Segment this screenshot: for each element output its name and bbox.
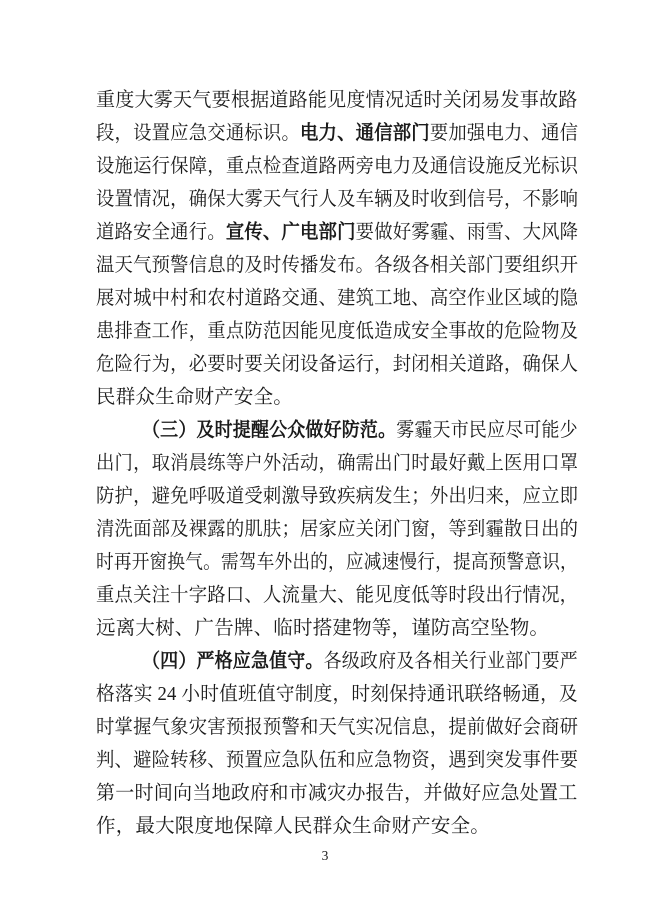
text-line-content: 展对城中村和农村道路交通、建筑工地、高空作业区域的隐 <box>96 282 578 315</box>
text-line-content: 格落实 24 小时值班值守制度，时刻保持通讯联络畅通，及 <box>96 678 578 711</box>
text-line-content: 设置情况，确保大雾天气行人及车辆及时收到信号，不影响 <box>96 183 578 216</box>
text-line-content: 民群众生命财产安全。 <box>96 381 293 414</box>
text-segment: 要做好雾霾、雨雪、大风降 <box>356 222 579 243</box>
text-line: （四）严格应急值守。各级政府及各相关行业部门要严 <box>96 645 578 678</box>
text-line-content: 患排查工作，重点防范因能见度低造成安全事故的危险物及 <box>96 315 578 348</box>
text-segment: 患排查工作，重点防范因能见度低造成安全事故的危险物及 <box>96 321 578 342</box>
text-line-content: （三）及时提醒公众做好防范。雾霾天市民应尽可能少 <box>142 414 578 447</box>
text-line-content: 清洗面部及裸露的肌肤；居家应关闭门窗，等到霾散日出的 <box>96 513 578 546</box>
text-segment: 展对城中村和农村道路交通、建筑工地、高空作业区域的隐 <box>96 288 578 309</box>
document-page: 重度大雾天气要根据道路能见度情况适时关闭易发事故路段，设置应急交通标识。电力、通… <box>0 0 650 919</box>
text-segment: 道路安全通行。 <box>96 222 226 243</box>
text-segment: 危险行为，必要时要关闭设备运行，封闭相关道路，确保人 <box>96 354 578 375</box>
text-segment: 清洗面部及裸露的肌肤；居家应关闭门窗，等到霾散日出的 <box>96 519 578 540</box>
text-segment: 设置情况，确保大雾天气行人及车辆及时收到信号，不影响 <box>96 189 578 210</box>
text-line-content: 远离大树、广告牌、临时搭建物等，谨防高空坠物。 <box>96 612 549 645</box>
text-line-content: 时掌握气象灾害预报预警和天气实况信息，提前做好会商研 <box>96 711 578 744</box>
text-line-content: 第一时间向当地政府和市减灾办报告，并做好应急处置工 <box>96 777 578 810</box>
text-segment: 重点关注十字路口、人流量大、能见度低等时段出行情况， <box>96 585 578 606</box>
text-line-content: 危险行为，必要时要关闭设备运行，封闭相关道路，确保人 <box>96 348 578 381</box>
text-line: 防护，避免呼吸道受刺激导致疾病发生；外出归来，应立即 <box>96 480 578 513</box>
bold-text-segment: （三）及时提醒公众做好防范。 <box>142 419 396 441</box>
text-line-content: 设施运行保障，重点检查道路两旁电力及通信设施反光标识 <box>96 150 578 183</box>
text-line: 出门，取消晨练等户外活动，确需出门时最好戴上医用口罩 <box>96 447 578 480</box>
text-block: 重度大雾天气要根据道路能见度情况适时关闭易发事故路段，设置应急交通标识。电力、通… <box>96 84 578 843</box>
text-line-content: 作，最大限度地保障人民群众生命财产安全。 <box>96 810 490 843</box>
text-line: 段，设置应急交通标识。电力、通信部门要加强电力、通信 <box>96 117 578 150</box>
text-line: 第一时间向当地政府和市减灾办报告，并做好应急处置工 <box>96 777 578 810</box>
text-segment: 出门，取消晨练等户外活动，确需出门时最好戴上医用口罩 <box>96 453 578 474</box>
text-segment: 要加强电力、通信 <box>430 123 578 144</box>
text-segment: 温天气预警信息的及时传播发布。各级各相关部门要组织开 <box>96 255 578 276</box>
bold-text-segment: 电力、通信部门 <box>300 122 430 144</box>
text-line: 温天气预警信息的及时传播发布。各级各相关部门要组织开 <box>96 249 578 282</box>
text-line-content: 重点关注十字路口、人流量大、能见度低等时段出行情况， <box>96 579 578 612</box>
text-line-content: 时再开窗换气。需驾车外出的，应减速慢行，提高预警意识， <box>96 546 578 579</box>
text-segment: 判、避险转移、预置应急队伍和应急物资，遇到突发事件要 <box>96 750 578 771</box>
text-segment: 雾霾天市民应尽可能少 <box>396 420 578 441</box>
text-line: 设施运行保障，重点检查道路两旁电力及通信设施反光标识 <box>96 150 578 183</box>
page-number: 3 <box>0 847 650 865</box>
text-line: 作，最大限度地保障人民群众生命财产安全。 <box>96 810 578 843</box>
text-segment: 段，设置应急交通标识。 <box>96 123 300 144</box>
text-segment: 作，最大限度地保障人民群众生命财产安全。 <box>96 816 490 837</box>
text-line-content: 出门，取消晨练等户外活动，确需出门时最好戴上医用口罩 <box>96 447 578 480</box>
text-line: 患排查工作，重点防范因能见度低造成安全事故的危险物及 <box>96 315 578 348</box>
text-line-content: 温天气预警信息的及时传播发布。各级各相关部门要组织开 <box>96 249 578 282</box>
text-line: 时再开窗换气。需驾车外出的，应减速慢行，提高预警意识， <box>96 546 578 579</box>
text-line-content: 防护，避免呼吸道受刺激导致疾病发生；外出归来，应立即 <box>96 480 578 513</box>
text-line: 判、避险转移、预置应急队伍和应急物资，遇到突发事件要 <box>96 744 578 777</box>
text-line-content: 重度大雾天气要根据道路能见度情况适时关闭易发事故路 <box>96 84 578 117</box>
text-line: 清洗面部及裸露的肌肤；居家应关闭门窗，等到霾散日出的 <box>96 513 578 546</box>
text-line: 重点关注十字路口、人流量大、能见度低等时段出行情况， <box>96 579 578 612</box>
text-line-content: 段，设置应急交通标识。电力、通信部门要加强电力、通信 <box>96 117 578 150</box>
text-line: 重度大雾天气要根据道路能见度情况适时关闭易发事故路 <box>96 84 578 117</box>
text-line: （三）及时提醒公众做好防范。雾霾天市民应尽可能少 <box>96 414 578 447</box>
bold-text-segment: （四）严格应急值守。 <box>142 650 324 672</box>
text-segment: 防护，避免呼吸道受刺激导致疾病发生；外出归来，应立即 <box>96 486 578 507</box>
text-segment: 格落实 24 小时值班值守制度，时刻保持通讯联络畅通，及 <box>96 684 578 705</box>
text-segment: 民群众生命财产安全。 <box>96 387 293 408</box>
text-line: 民群众生命财产安全。 <box>96 381 578 414</box>
text-line: 展对城中村和农村道路交通、建筑工地、高空作业区域的隐 <box>96 282 578 315</box>
text-segment: 远离大树、广告牌、临时搭建物等，谨防高空坠物。 <box>96 618 549 639</box>
text-segment: 时掌握气象灾害预报预警和天气实况信息，提前做好会商研 <box>96 717 578 738</box>
text-line: 道路安全通行。宣传、广电部门要做好雾霾、雨雪、大风降 <box>96 216 578 249</box>
text-segment: 第一时间向当地政府和市减灾办报告，并做好应急处置工 <box>96 783 578 804</box>
bold-text-segment: 宣传、广电部门 <box>226 221 356 243</box>
text-line: 设置情况，确保大雾天气行人及车辆及时收到信号，不影响 <box>96 183 578 216</box>
text-line: 远离大树、广告牌、临时搭建物等，谨防高空坠物。 <box>96 612 578 645</box>
text-line-content: （四）严格应急值守。各级政府及各相关行业部门要严 <box>142 645 578 678</box>
text-line: 危险行为，必要时要关闭设备运行，封闭相关道路，确保人 <box>96 348 578 381</box>
text-segment: 重度大雾天气要根据道路能见度情况适时关闭易发事故路 <box>96 90 578 111</box>
text-segment: 各级政府及各相关行业部门要严 <box>324 651 578 672</box>
text-segment: 设施运行保障，重点检查道路两旁电力及通信设施反光标识 <box>96 156 578 177</box>
text-line-content: 道路安全通行。宣传、广电部门要做好雾霾、雨雪、大风降 <box>96 216 578 249</box>
text-line: 格落实 24 小时值班值守制度，时刻保持通讯联络畅通，及 <box>96 678 578 711</box>
text-segment: 时再开窗换气。需驾车外出的，应减速慢行，提高预警意识， <box>96 552 578 573</box>
text-line: 时掌握气象灾害预报预警和天气实况信息，提前做好会商研 <box>96 711 578 744</box>
text-line-content: 判、避险转移、预置应急队伍和应急物资，遇到突发事件要 <box>96 744 578 777</box>
